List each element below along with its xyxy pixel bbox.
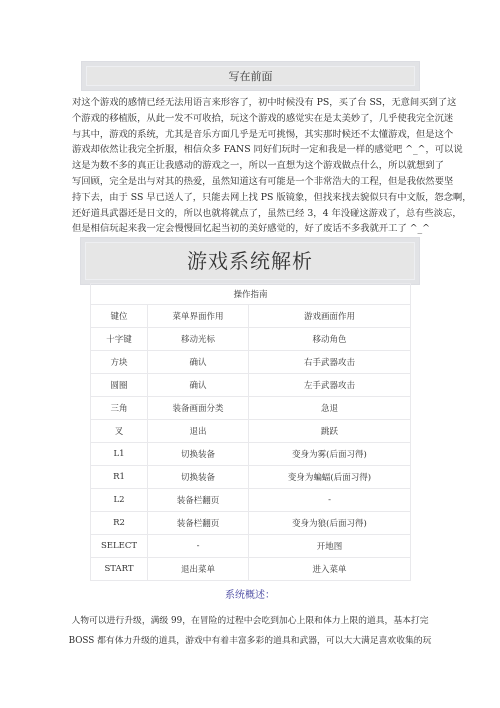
table-row: L2装备栏翻页- [91,489,411,512]
controls-table: 操作指南 键位 菜单界面作用 游戏画面作用 十字键移动光标移动角色 方块确认右手… [90,283,411,581]
system-overview-heading: 系统概述： [0,586,500,601]
preface-paragraph: 对这个游戏的感情已经无法用语言来形容了，初中时候没有 PS，买了台 SS，无意间… [72,95,430,237]
cell-menu: 退出 [148,420,249,443]
cell-key: SELECT [91,535,148,558]
cell-game: 急退 [249,397,411,420]
cell-key: R2 [91,512,148,535]
cell-key: R1 [91,466,148,489]
table-row: L1切换装备变身为雾(后面习得) [91,443,411,466]
table-row: R1切换装备变身为蝙蝠(后面习得) [91,466,411,489]
text-line: 还好道具武器还是日文的，所以也就将就点了，虽然已经 3，4 年没碰这游戏了，总有… [72,206,430,222]
cell-menu: 切换装备 [148,466,249,489]
table-row: R2装备栏翻页变身为狼(后面习得) [91,512,411,535]
cell-game: - [249,489,411,512]
cell-key: 三角 [91,397,148,420]
text-line: BOSS 都有体力升级的道具，游戏中有着丰富多彩的道具和武器，可以大大满足喜欢收… [62,631,438,651]
table-row: 方块确认右手武器攻击 [91,351,411,374]
cell-menu: 切换装备 [148,443,249,466]
text-line: 对这个游戏的感情已经无法用语言来形容了，初中时候没有 PS，买了台 SS，无意间… [72,95,430,111]
cell-game: 变身为雾(后面习得) [249,443,411,466]
table-title: 操作指南 [91,284,411,305]
cell-game: 进入菜单 [249,558,411,581]
cell-key: START [91,558,148,581]
section-heading-system-analysis: 游戏系统解析 [80,237,420,285]
header-cell: 键位 [91,305,148,328]
table-row: 叉退出跳跃 [91,420,411,443]
system-overview-paragraph: 人物可以进行升级，满级 99，在冒险的过程中会吃到加心上限和体力上限的道具，基本… [62,611,438,651]
cell-key: 方块 [91,351,148,374]
cell-menu: 装备画面分类 [148,397,249,420]
cell-menu: 装备栏翻页 [148,489,249,512]
table-row: START退出菜单进入菜单 [91,558,411,581]
section-heading-preface: 写在前面 [81,61,420,91]
table-row: 三角装备画面分类急退 [91,397,411,420]
text-line: 写回顾，完全是出与对其的热爱，虽然知道这有可能是一个非常浩大的工程，但是我依然要… [72,174,430,190]
text-line: 持下去，由于 SS 早已送人了，只能去网上找 PS 版镜象，但找来找去貌似只有中… [72,190,430,206]
text-line: 人物可以进行升级，满级 99，在冒险的过程中会吃到加心上限和体力上限的道具，基本… [62,611,438,631]
cell-game: 变身为蝙蝠(后面习得) [249,466,411,489]
cell-game: 变身为狼(后面习得) [249,512,411,535]
cell-game: 跳跃 [249,420,411,443]
cell-key: L2 [91,489,148,512]
cell-game: 左手武器攻击 [249,374,411,397]
header-cell: 菜单界面作用 [148,305,249,328]
cell-game: 开地图 [249,535,411,558]
text-line: 与其中，游戏的系统，尤其是音乐方面几乎是无可挑惕，其实那时候还不太懂游戏，但是这… [72,127,430,143]
header-cell: 游戏画面作用 [249,305,411,328]
cell-game: 移动角色 [249,328,411,351]
cell-menu: 退出菜单 [148,558,249,581]
cell-key: L1 [91,443,148,466]
text-line: 这是为数不多的真正让我感动的游戏之一，所以一直想为这个游戏做点什么，所以就想到了 [72,158,430,174]
cell-key: 叉 [91,420,148,443]
text-line: 游戏却依然让我完全折服，相信众多 FANS 同好们玩时一定和我是一样的感觉吧 ^… [72,142,430,158]
table-row: 十字键移动光标移动角色 [91,328,411,351]
cell-menu: 移动光标 [148,328,249,351]
cell-game: 右手武器攻击 [249,351,411,374]
cell-menu: 装备栏翻页 [148,512,249,535]
cell-key: 十字键 [91,328,148,351]
cell-menu: 确认 [148,374,249,397]
text-line: 但是相信玩起来我一定会慢慢回忆起当初的美好感觉的，好了废话不多我就开工了 ^_^ [72,221,430,237]
table-row: SELECT-开地图 [91,535,411,558]
cell-key: 圆圈 [91,374,148,397]
cell-menu: - [148,535,249,558]
cell-menu: 确认 [148,351,249,374]
text-line: 个游戏的移植版，从此一发不可收拾，玩这个游戏的感觉实在是太美妙了，几乎使我完全沉… [72,111,430,127]
table-header-row: 键位 菜单界面作用 游戏画面作用 [91,305,411,328]
table-row: 圆圈确认左手武器攻击 [91,374,411,397]
